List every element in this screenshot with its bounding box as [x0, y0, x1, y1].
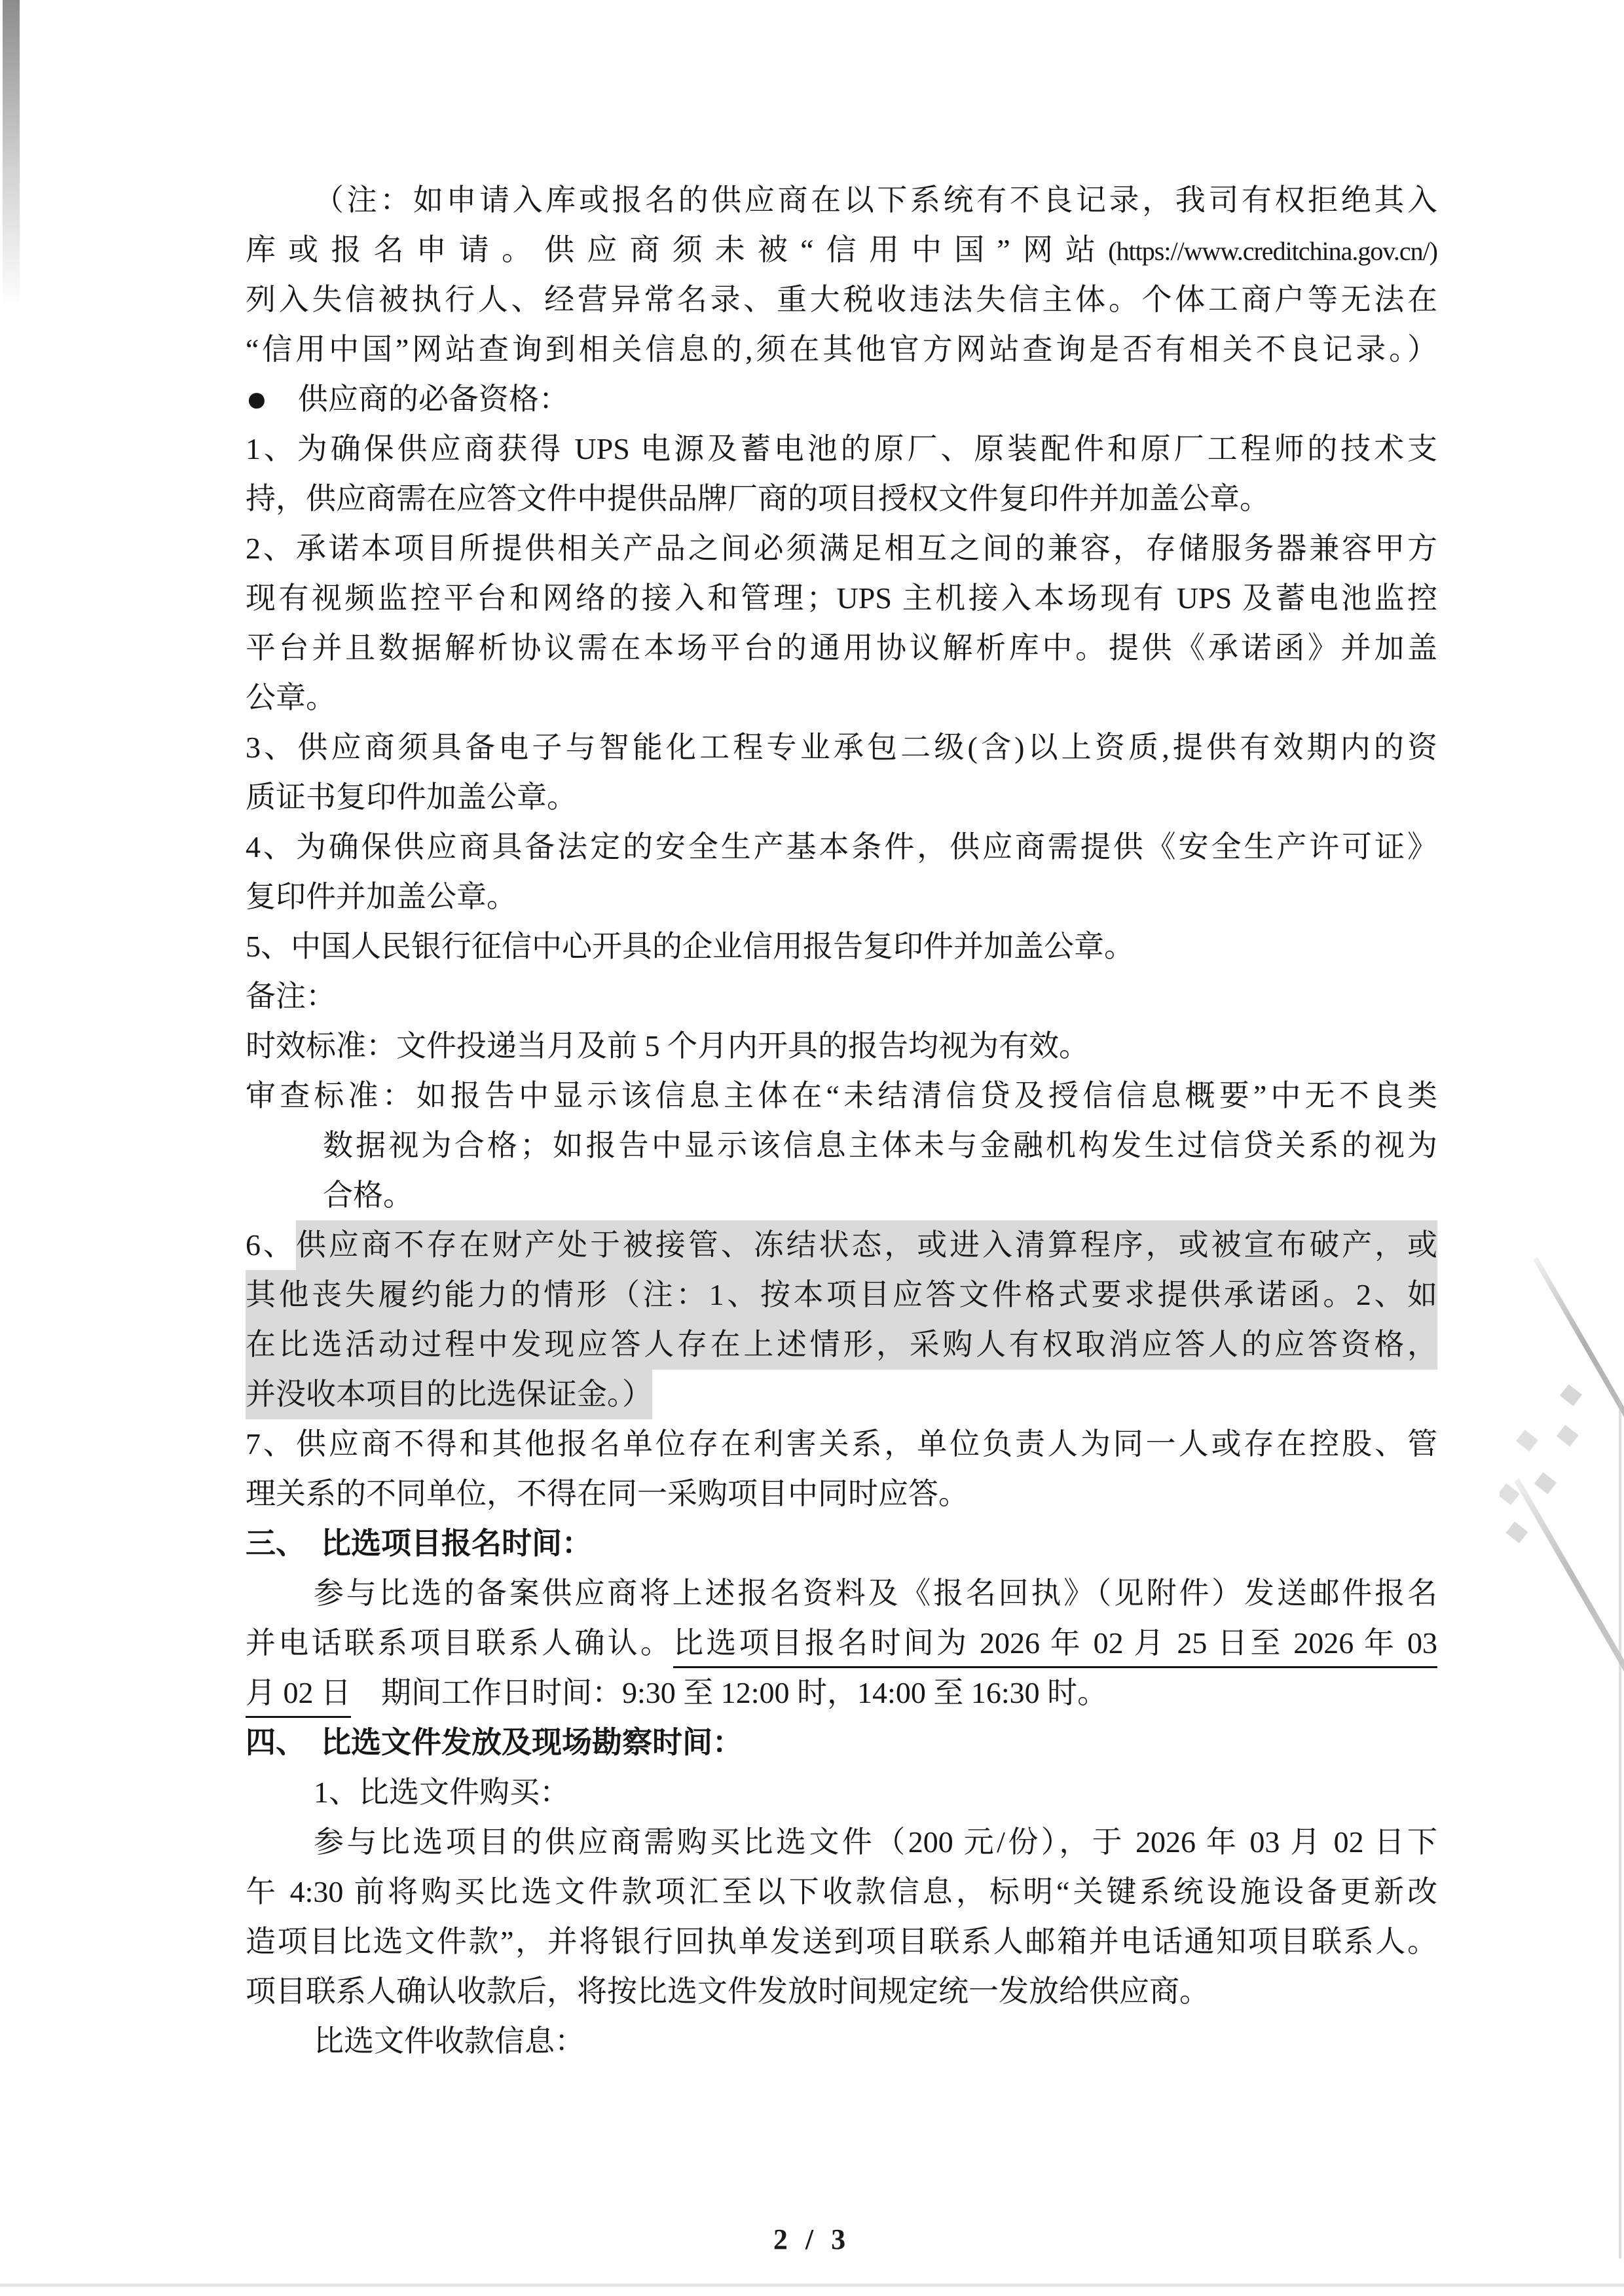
scan-bleedthrough-marks-artifact: [1560, 1384, 1582, 1406]
text-run: 7、供应商不得和其他报名单位存在利害关系，单位负责人为同一人或存在控股、管: [246, 1427, 1437, 1461]
text-run: 持，供应商需在应答文件中提供品牌厂商的项目授权文件复印件并加盖公章。: [246, 482, 1270, 515]
text-run: 时效标准：文件投递当月及前 5 个月内开具的报告均视为有效。: [246, 1029, 1089, 1063]
text-run: （注：如申请入库或报名的供应商在以下系统有不良记录，我司有权拒绝其入: [314, 183, 1437, 217]
text-run: 1、比选文件购买：: [314, 1776, 570, 1809]
text-line: “信用中国”网站查询到相关信息的,须在其他官方网站查询是否有相关不良记录。）: [246, 325, 1437, 374]
text-run: 库或报名申请。供应商须未被“信用中国”网站: [246, 233, 1108, 266]
text-line: 月 02 日 期间工作日时间：9:30 至 12:00 时，14:00 至 16…: [246, 1668, 1437, 1718]
text-line: 比选文件收款信息：: [246, 2016, 1437, 2066]
text-run: 比选文件收款信息：: [314, 2024, 585, 2058]
scan-bottom-edge-artifact: [0, 2284, 1624, 2287]
underlined-text-run: 比选项目报名时间为 2026 年 02 月 25 日至 2026 年 03: [673, 1626, 1437, 1668]
text-line: 并电话联系项目联系人确认。比选项目报名时间为 2026 年 02 月 25 日至…: [246, 1618, 1437, 1668]
text-line: 现有视频监控平台和网络的接入和管理；UPS 主机接入本场现有 UPS 及蓄电池监…: [246, 574, 1437, 623]
scan-right-edge-artifact: [1619, 1401, 1621, 2259]
text-run: 复印件并加盖公章。: [246, 880, 517, 913]
text-line: 3、供应商须具备电子与智能化工程专业承包二级(含)以上资质,提供有效期内的资: [246, 723, 1437, 773]
text-run: 现有视频监控平台和网络的接入和管理；UPS 主机接入本场现有 UPS 及蓄电池监…: [246, 581, 1437, 615]
document-body: （注：如申请入库或报名的供应商在以下系统有不良记录，我司有权拒绝其入库或报名申请…: [246, 175, 1437, 2066]
text-run: 数据视为合格；如报告中显示该信息主体未与金融机构发生过信贷关系的视为: [323, 1129, 1437, 1162]
text-line: 2、承诺本项目所提供相关产品之间必须满足相互之间的兼容，存储服务器兼容甲方: [246, 524, 1437, 574]
text-line: 公章。: [246, 673, 1437, 723]
text-line: 4、为确保供应商具备法定的安全生产基本条件，供应商需提供《安全生产许可证》: [246, 822, 1437, 872]
text-run: 并电话联系项目联系人确认。: [246, 1626, 673, 1660]
underlined-text-run: 月 02 日: [246, 1676, 351, 1718]
text-run: 1、为确保供应商获得 UPS 电源及蓄电池的原厂、原装配件和原厂工程师的技术支: [246, 432, 1437, 465]
text-line: 持，供应商需在应答文件中提供品牌厂商的项目授权文件复印件并加盖公章。: [246, 474, 1437, 524]
text-line: 审查标准：如报告中显示该信息主体在“未结清信贷及授信信息概要”中无不良类: [246, 1071, 1437, 1121]
scan-diagonal-line-artifact: [1533, 1257, 1624, 1430]
scan-diagonal-line-artifact: [1514, 1478, 1624, 1674]
text-line: 1、比选文件购买：: [246, 1768, 1437, 1817]
text-run: 参与比选的备案供应商将上述报名资料及《报名回执》（见附件）发送邮件报名: [314, 1576, 1437, 1610]
text-line: （注：如申请入库或报名的供应商在以下系统有不良记录，我司有权拒绝其入: [246, 175, 1437, 225]
scanned-document-page: （注：如申请入库或报名的供应商在以下系统有不良记录，我司有权拒绝其入库或报名申请…: [0, 0, 1624, 2296]
text-line: 在比选活动过程中发现应答人存在上述情形，采购人有权取消应答人的应答资格，: [246, 1320, 1437, 1370]
text-run: 比选文件发放及现场勘察时间：: [321, 1726, 743, 1759]
text-run: 6、: [246, 1228, 296, 1262]
text-run: 三、: [246, 1527, 321, 1560]
highlighted-text-run: 在比选活动过程中发现应答人存在上述情形，采购人有权取消应答人的应答资格，: [246, 1320, 1437, 1370]
text-run: 2、承诺本项目所提供相关产品之间必须满足相互之间的兼容，存储服务器兼容甲方: [246, 532, 1437, 565]
text-line: 四、 比选文件发放及现场勘察时间：: [246, 1718, 1437, 1768]
text-run: 理关系的不同单位，不得在同一采购项目中同时应答。: [246, 1477, 969, 1510]
text-run: 审查标准：如报告中显示该信息主体在“未结清信贷及授信信息概要”中无不良类: [246, 1079, 1437, 1112]
text-run: 项目联系人确认收款后，将按比选文件发放时间规定统一发放给供应商。: [246, 1975, 1209, 2008]
bullet-icon: ●: [246, 379, 268, 420]
text-run: 列入失信被执行人、经营异常名录、重大税收违法失信主体。个体工商户等无法在: [246, 283, 1437, 316]
text-line: 数据视为合格；如报告中显示该信息主体未与金融机构发生过信贷关系的视为: [246, 1121, 1437, 1171]
text-line: ● 供应商的必备资格：: [246, 374, 1437, 424]
text-line: 平台并且数据解析协议需在本场平台的通用协议解析库中。提供《承诺函》并加盖: [246, 623, 1437, 673]
highlighted-text-run: 并没收本项目的比选保证金。）: [246, 1370, 652, 1419]
text-run: 合格。: [323, 1178, 413, 1212]
text-line: 参与比选项目的供应商需购买比选文件（200 元/份），于 2026 年 03 月…: [246, 1817, 1437, 1867]
text-line: 项目联系人确认收款后，将按比选文件发放时间规定统一发放给供应商。: [246, 1967, 1437, 2016]
text-run: 期间工作日时间：9:30 至 12:00 时，14:00 至 16:30 时。: [351, 1676, 1107, 1709]
text-run: 供应商的必备资格：: [268, 382, 569, 416]
text-line: 理关系的不同单位，不得在同一采购项目中同时应答。: [246, 1469, 1437, 1519]
text-run: 比选项目报名时间：: [321, 1527, 592, 1560]
text-line: 复印件并加盖公章。: [246, 872, 1437, 922]
text-line: 造项目比选文件款”，并将银行回执单发送到项目联系人邮箱并电话通知项目联系人。: [246, 1917, 1437, 1967]
text-run: 质证书复印件加盖公章。: [246, 780, 577, 814]
text-run: 午 4:30 前将购买比选文件款项汇至以下收款信息，标明“关键系统设施设备更新改: [246, 1875, 1437, 1908]
text-line: 时效标准：文件投递当月及前 5 个月内开具的报告均视为有效。: [246, 1021, 1437, 1071]
text-run: 参与比选项目的供应商需购买比选文件（200 元/份），于 2026 年 03 月…: [314, 1825, 1437, 1859]
text-line: 合格。: [246, 1171, 1437, 1220]
text-run: 造项目比选文件款”，并将银行回执单发送到项目联系人邮箱并电话通知项目联系人。: [246, 1925, 1437, 1958]
text-line: 6、供应商不存在财产处于被接管、冻结状态，或进入清算程序，或被宣布破产，或: [246, 1220, 1437, 1270]
text-run: “信用中国”网站查询到相关信息的,须在其他官方网站查询是否有相关不良记录。）: [246, 333, 1437, 366]
text-run: 备注：: [246, 979, 336, 1013]
text-run: 四、: [246, 1726, 321, 1759]
scan-stamp-bleed-artifact: [1500, 1231, 1624, 1689]
text-run: 5、中国人民银行征信中心开具的企业信用报告复印件并加盖公章。: [246, 930, 1134, 963]
text-line: 参与比选的备案供应商将上述报名资料及《报名回执》（见附件）发送邮件报名: [246, 1569, 1437, 1618]
text-run: 4、为确保供应商具备法定的安全生产基本条件，供应商需提供《安全生产许可证》: [246, 830, 1437, 864]
text-line: 质证书复印件加盖公章。: [246, 773, 1437, 822]
text-run: 公章。: [246, 681, 336, 714]
text-run: 平台并且数据解析协议需在本场平台的通用协议解析库中。提供《承诺函》并加盖: [246, 631, 1437, 665]
text-line: 并没收本项目的比选保证金。）: [246, 1370, 1437, 1419]
scan-edge-streak-artifact: [3, 0, 20, 308]
text-line: 午 4:30 前将购买比选文件款项汇至以下收款信息，标明“关键系统设施设备更新改: [246, 1867, 1437, 1917]
text-line: 备注：: [246, 972, 1437, 1021]
text-line: 三、 比选项目报名时间：: [246, 1519, 1437, 1569]
text-line: 1、为确保供应商获得 UPS 电源及蓄电池的原厂、原装配件和原厂工程师的技术支: [246, 424, 1437, 474]
text-line: 7、供应商不得和其他报名单位存在利害关系，单位负责人为同一人或存在控股、管: [246, 1419, 1437, 1469]
highlighted-text-run: 其他丧失履约能力的情形（注：1、按本项目应答文件格式要求提供承诺函。2、如: [246, 1270, 1437, 1320]
text-line: 其他丧失履约能力的情形（注：1、按本项目应答文件格式要求提供承诺函。2、如: [246, 1270, 1437, 1320]
text-run: (https://www.creditchina.gov.cn/): [1108, 236, 1437, 266]
text-line: 列入失信被执行人、经营异常名录、重大税收违法失信主体。个体工商户等无法在: [246, 275, 1437, 325]
page-number: 2 / 3: [0, 2223, 1624, 2256]
text-line: 库或报名申请。供应商须未被“信用中国”网站(https://www.credit…: [246, 225, 1437, 275]
highlighted-text-run: 供应商不存在财产处于被接管、冻结状态，或进入清算程序，或被宣布破产，或: [296, 1220, 1437, 1270]
text-run: 3、供应商须具备电子与智能化工程专业承包二级(含)以上资质,提供有效期内的资: [246, 731, 1437, 764]
text-line: 5、中国人民银行征信中心开具的企业信用报告复印件并加盖公章。: [246, 922, 1437, 972]
